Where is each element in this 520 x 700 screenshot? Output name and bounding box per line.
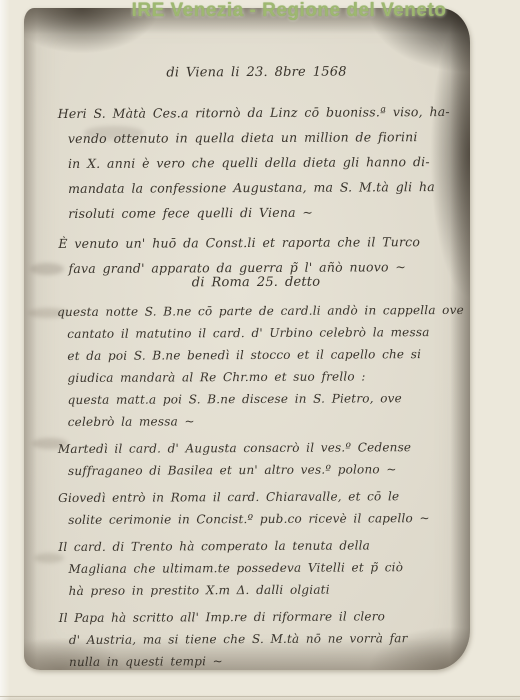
manuscript-photo-screenshot: IRE Venezia - Regione del Veneto di Vien… xyxy=(0,0,520,700)
manuscript-line: d' Austria, ma si tiene che S. M.tà nō n… xyxy=(59,627,457,651)
section-roma: di Roma 25. detto questa notte S. B.ne c… xyxy=(57,271,457,673)
manuscript-line: Magliana che ultimam.te possedeva Vitell… xyxy=(58,556,456,580)
manuscript-line: giudica mandarà al Re Chr.mo et suo frel… xyxy=(57,365,455,389)
dateline-vienna: di Viena li 23. 8bre 1568 xyxy=(57,59,455,86)
manuscript-line: in X. anni è vero che quelli della dieta… xyxy=(58,149,456,176)
manuscript-line: Il card. di Trento hà comperato la tenut… xyxy=(58,534,456,558)
section-vienna: di Viena li 23. 8bre 1568 Heri S. Màtà C… xyxy=(57,59,456,281)
manuscript-line: vendo ottenuto in quella dieta un millio… xyxy=(58,124,456,151)
archive-watermark-caption: IRE Venezia - Regione del Veneto xyxy=(0,0,520,22)
manuscript-line: cantato il matutino il card. d' Urbino c… xyxy=(57,321,455,345)
manuscript-line: celebrò la messa ~ xyxy=(58,409,456,433)
manuscript-line: risoluti come fece quelli di Viena ~ xyxy=(58,199,456,226)
manuscript-line: Il Papa hà scritto all' Imp.re di riform… xyxy=(59,605,457,629)
manuscript-line: Heri S. Màtà Ces.a ritornò da Linz cō bu… xyxy=(58,99,456,126)
manuscript-line: solite cerimonie in Concist.º pub.co ric… xyxy=(58,507,456,531)
manuscript-line: Giovedì entrò in Roma il card. Chiaraval… xyxy=(58,485,456,509)
manuscript-line: Martedì il card. d' Augusta consacrò il … xyxy=(58,436,456,460)
manuscript-line: mandata la confessione Augustana, ma S. … xyxy=(58,174,456,201)
manuscript-line: suffraganeo di Basilea et un' altro ves.… xyxy=(58,458,456,482)
manuscript-line: hà preso in prestito X.m Δ. dalli olgiat… xyxy=(59,578,457,602)
manuscript-line: et da poi S. B.ne benedì il stocco et il… xyxy=(57,343,455,367)
manuscript-line: questa matt.a poi S. B.ne discese in S. … xyxy=(58,387,456,411)
manuscript-line: nulla in questi tempi ~ xyxy=(59,649,457,673)
manuscript-page: di Viena li 23. 8bre 1568 Heri S. Màtà C… xyxy=(24,8,470,670)
photo-edge-line xyxy=(0,696,520,697)
manuscript-line: questa notte S. B.ne cō parte de card.li… xyxy=(57,299,455,323)
dateline-roma: di Roma 25. detto xyxy=(57,271,455,295)
manuscript-line: È venuto un' huō da Const.li et raporta … xyxy=(58,229,456,256)
